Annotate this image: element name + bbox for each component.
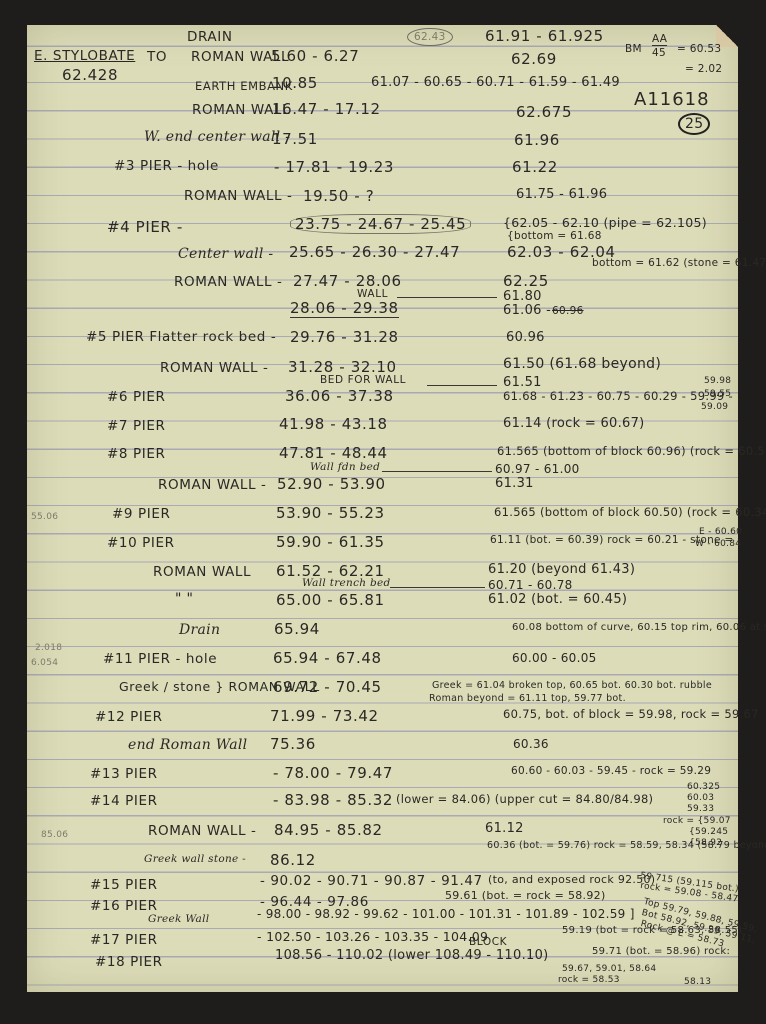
side-value: 59.09 — [701, 402, 728, 412]
row-elevation: 62.69 — [511, 50, 557, 68]
circled-elevation: 62.43 — [407, 28, 453, 46]
row-elevation: 59.19 (bot = rock = 58.63, 58.55) — [562, 925, 742, 936]
row-label: #9 PIER — [112, 506, 170, 522]
row-label: Center wall - — [178, 246, 273, 262]
row-elevation-note: 59.67, 59.01, 58.64 — [562, 964, 656, 974]
row-label: #4 PIER - — [107, 218, 183, 236]
bm-label: BM — [625, 43, 642, 55]
row-elevation: 60.60 - 60.03 - 59.45 - rock = 59.29 — [511, 765, 711, 777]
page-number: 25 — [678, 113, 710, 135]
row-label: ROMAN WALL - — [158, 477, 267, 493]
row-label: #18 PIER — [95, 954, 163, 970]
margin-note: 85.06 — [41, 830, 68, 840]
row-elevation: 61.80 — [503, 289, 542, 304]
row-elevation: 60.36 — [513, 737, 549, 751]
row-label: ROMAN WALL - — [148, 823, 257, 839]
row-range: 69.72 - 70.45 — [273, 678, 382, 696]
row-range: 75.36 — [270, 735, 316, 753]
row-elevation: 61.31 — [495, 476, 534, 491]
row-label: #12 PIER — [95, 709, 163, 725]
leader-line — [397, 297, 497, 298]
row-range-circled: 23.75 - 24.67 - 25.45 — [290, 214, 471, 234]
row-label: ROMAN WALL - — [184, 188, 293, 204]
side-value: 60.325 — [687, 782, 720, 792]
row-range: - 78.00 - 79.47 — [273, 764, 393, 782]
row-label: W. end center wall - — [144, 129, 290, 145]
row-elevation: 61.14 (rock = 60.67) — [503, 416, 645, 431]
wall-trench-bed-label: Wall trench bed — [302, 577, 391, 589]
side-value: {59.245 — [689, 827, 728, 837]
row-range: 41.98 - 43.18 — [279, 415, 388, 433]
margin-note: 2.018 — [35, 643, 62, 653]
row-range: 86.12 — [270, 851, 316, 869]
side-value: E - 60.60 — [699, 527, 742, 537]
row-label: #16 PIER — [90, 898, 158, 914]
catalog-id: A11618 — [634, 89, 710, 110]
row-label: Greek Wall — [148, 913, 209, 925]
side-value: rock = {59.07 — [663, 816, 731, 826]
row-range: 108.56 - 110.02 (lower 108.49 - 110.10) — [275, 948, 549, 963]
side-value: 59.98 — [704, 376, 731, 386]
row-range: - 98.00 - 98.92 - 99.62 - 101.00 - 101.3… — [257, 907, 635, 921]
row-range: - 17.81 - 19.23 — [274, 158, 394, 176]
notebook-page: E. STYLOBATE 62.428 TO DRAIN 62.43 61.91… — [27, 25, 738, 992]
row-elevation: 60.97 - 61.00 — [495, 462, 580, 476]
row-elevation: (lower = 84.06) (upper cut = 84.80/84.98… — [396, 792, 653, 806]
row-elevation: 61.565 (bottom of block 60.96) (rock = 6… — [497, 444, 766, 458]
row-range: 47.81 - 48.44 — [279, 444, 388, 462]
row-label: #8 PIER — [107, 446, 165, 462]
leader-line — [390, 587, 485, 588]
row-label: Greek wall stone - — [144, 853, 246, 865]
row-elevation-note-2: rock = 58.53 — [558, 975, 620, 985]
bm-value: = 60.53 — [677, 43, 721, 55]
side-value: 60.03 — [687, 793, 714, 803]
row-elevation: 61.75 - 61.96 — [516, 187, 607, 202]
row-range: 16.47 - 17.12 — [272, 100, 381, 118]
top-readings: 61.91 - 61.925 — [485, 27, 604, 45]
row-range: 53.90 - 55.23 — [276, 504, 385, 522]
row-elevation: 60.08 bottom of curve, 60.15 top rim, 60… — [512, 622, 766, 633]
margin-note: 55.06 — [31, 512, 58, 522]
row-elevation: 60.00 - 60.05 — [512, 651, 597, 665]
row-range: 19.50 - ? — [303, 187, 374, 205]
row-elevation: 60.36 (bot. = 59.76) rock = 58.59, 58.34… — [487, 840, 766, 851]
row-range: 59.90 - 61.35 — [276, 533, 385, 551]
row-range: - 102.50 - 103.26 - 103.35 - 104.09 — [257, 929, 488, 944]
side-value: 58.13 — [684, 977, 711, 987]
row-elevation-2: 61.06 - — [503, 303, 551, 318]
row-range: - 90.02 - 90.71 - 90.87 - 91.47 — [260, 873, 483, 889]
bm-fraction-top: AA — [652, 33, 667, 46]
row-label: ROMAN WALL - — [174, 274, 283, 290]
row-elevation: 61.12 — [485, 821, 524, 836]
row-elevation: 61.50 (61.68 beyond) — [503, 356, 661, 372]
row-label: #13 PIER — [90, 766, 158, 782]
row-range: 84.95 - 85.82 — [274, 821, 383, 839]
block-label: BLOCK — [469, 936, 507, 948]
row-elevation: 61.565 (bottom of block 60.50) (rock = 6… — [494, 505, 766, 519]
row-label: #10 PIER — [107, 535, 175, 551]
leader-line — [382, 471, 492, 472]
row-elevation-note: bottom = 61.62 (stone = 61.47) — [592, 257, 766, 269]
row-range: 28.06 - 29.38 — [290, 299, 399, 318]
row-range: 10.85 — [272, 74, 318, 92]
struck-value: 60.96 — [552, 305, 584, 317]
row-label: #6 PIER — [107, 389, 165, 405]
to-label: TO — [147, 49, 167, 65]
row-elevation: 62.675 — [516, 103, 572, 121]
row-range: 29.76 - 31.28 — [290, 328, 399, 346]
drain-label: DRAIN — [187, 29, 233, 45]
row-range: 65.94 — [274, 620, 320, 638]
row-elevation: 61.96 — [514, 131, 560, 149]
side-value: 59.55 — [704, 389, 731, 399]
wall-fdn-bed-label: Wall fdn bed — [310, 461, 380, 473]
row-range: 17.51 — [272, 130, 318, 148]
row-range: 25.65 - 26.30 - 27.47 — [289, 243, 460, 261]
row-elevation: 61.68 - 61.23 - 60.75 - 60.29 - 59.99 - — [503, 389, 733, 403]
row-range: 36.06 - 37.38 — [285, 387, 394, 405]
row-label: #11 PIER - hole — [103, 651, 217, 667]
margin-note: 6.054 — [31, 658, 58, 668]
row-range: 65.94 - 67.48 — [273, 649, 382, 667]
bm-value-2: = 2.02 — [685, 63, 722, 75]
row-elevation: 60.75, bot. of block = 59.98, rock = 59.… — [503, 707, 759, 721]
stylobate-label: E. STYLOBATE — [34, 48, 135, 64]
row-elevation: 62.25 — [503, 272, 549, 290]
row-label: #5 PIER Flatter rock bed - — [86, 329, 276, 345]
row-elevation: 61.02 (bot. = 60.45) — [488, 592, 627, 607]
row-range: 52.90 - 53.90 — [277, 475, 386, 493]
row-elevation: Greek = 61.04 broken top, 60.65 bot. 60.… — [432, 680, 712, 691]
row-label: ROMAN WALL — [153, 564, 251, 580]
row-range: - 83.98 - 85.32 — [273, 791, 393, 809]
bm-fraction-bottom: 45 — [652, 47, 666, 59]
row-range: 5.60 - 6.27 — [271, 47, 359, 65]
row-elevation: 61.22 — [512, 158, 558, 176]
row-elevation: 61.07 - 60.65 - 60.71 - 61.59 - 61.49 — [371, 75, 620, 90]
row-elevation: 59.71 (bot. = 58.96) rock: — [592, 946, 730, 957]
row-label: end Roman Wall — [128, 737, 247, 753]
side-value: W - 60.84 — [695, 539, 741, 549]
row-label: #3 PIER - hole — [114, 158, 219, 174]
row-range: 65.00 - 65.81 — [276, 591, 385, 609]
row-elevation: {62.05 - 62.10 (pipe = 62.105) — [503, 215, 707, 230]
row-elevation-note: {bottom = 61.68 — [507, 230, 602, 242]
row-label: #17 PIER — [90, 932, 158, 948]
side-value: 59.33 — [687, 804, 714, 814]
row-elevation-note: Roman beyond = 61.11 top, 59.77 bot. — [429, 693, 626, 704]
row-label: ROMAN WALL - — [160, 360, 269, 376]
stylobate-value: 62.428 — [62, 66, 118, 84]
row-label: #15 PIER — [90, 877, 158, 893]
ditto-label: " " — [175, 591, 193, 607]
row-elevation: (to, and exposed rock 92.50) — [488, 873, 655, 886]
row-elevation: 59.61 (bot. = rock = 58.92) — [445, 889, 606, 902]
row-elevation: 61.20 (beyond 61.43) — [488, 562, 635, 577]
row-label: Drain — [179, 622, 220, 638]
bed-for-wall-label: BED FOR WALL — [320, 374, 406, 386]
row-label: #14 PIER — [90, 793, 158, 809]
row-elevation: 61.51 — [503, 375, 542, 390]
row-label: #7 PIER — [107, 418, 165, 434]
row-range: 71.99 - 73.42 — [270, 707, 379, 725]
row-elevation: 60.71 - 60.78 — [488, 578, 573, 592]
row-elevation: 60.96 — [506, 330, 545, 345]
leader-line — [427, 385, 497, 386]
